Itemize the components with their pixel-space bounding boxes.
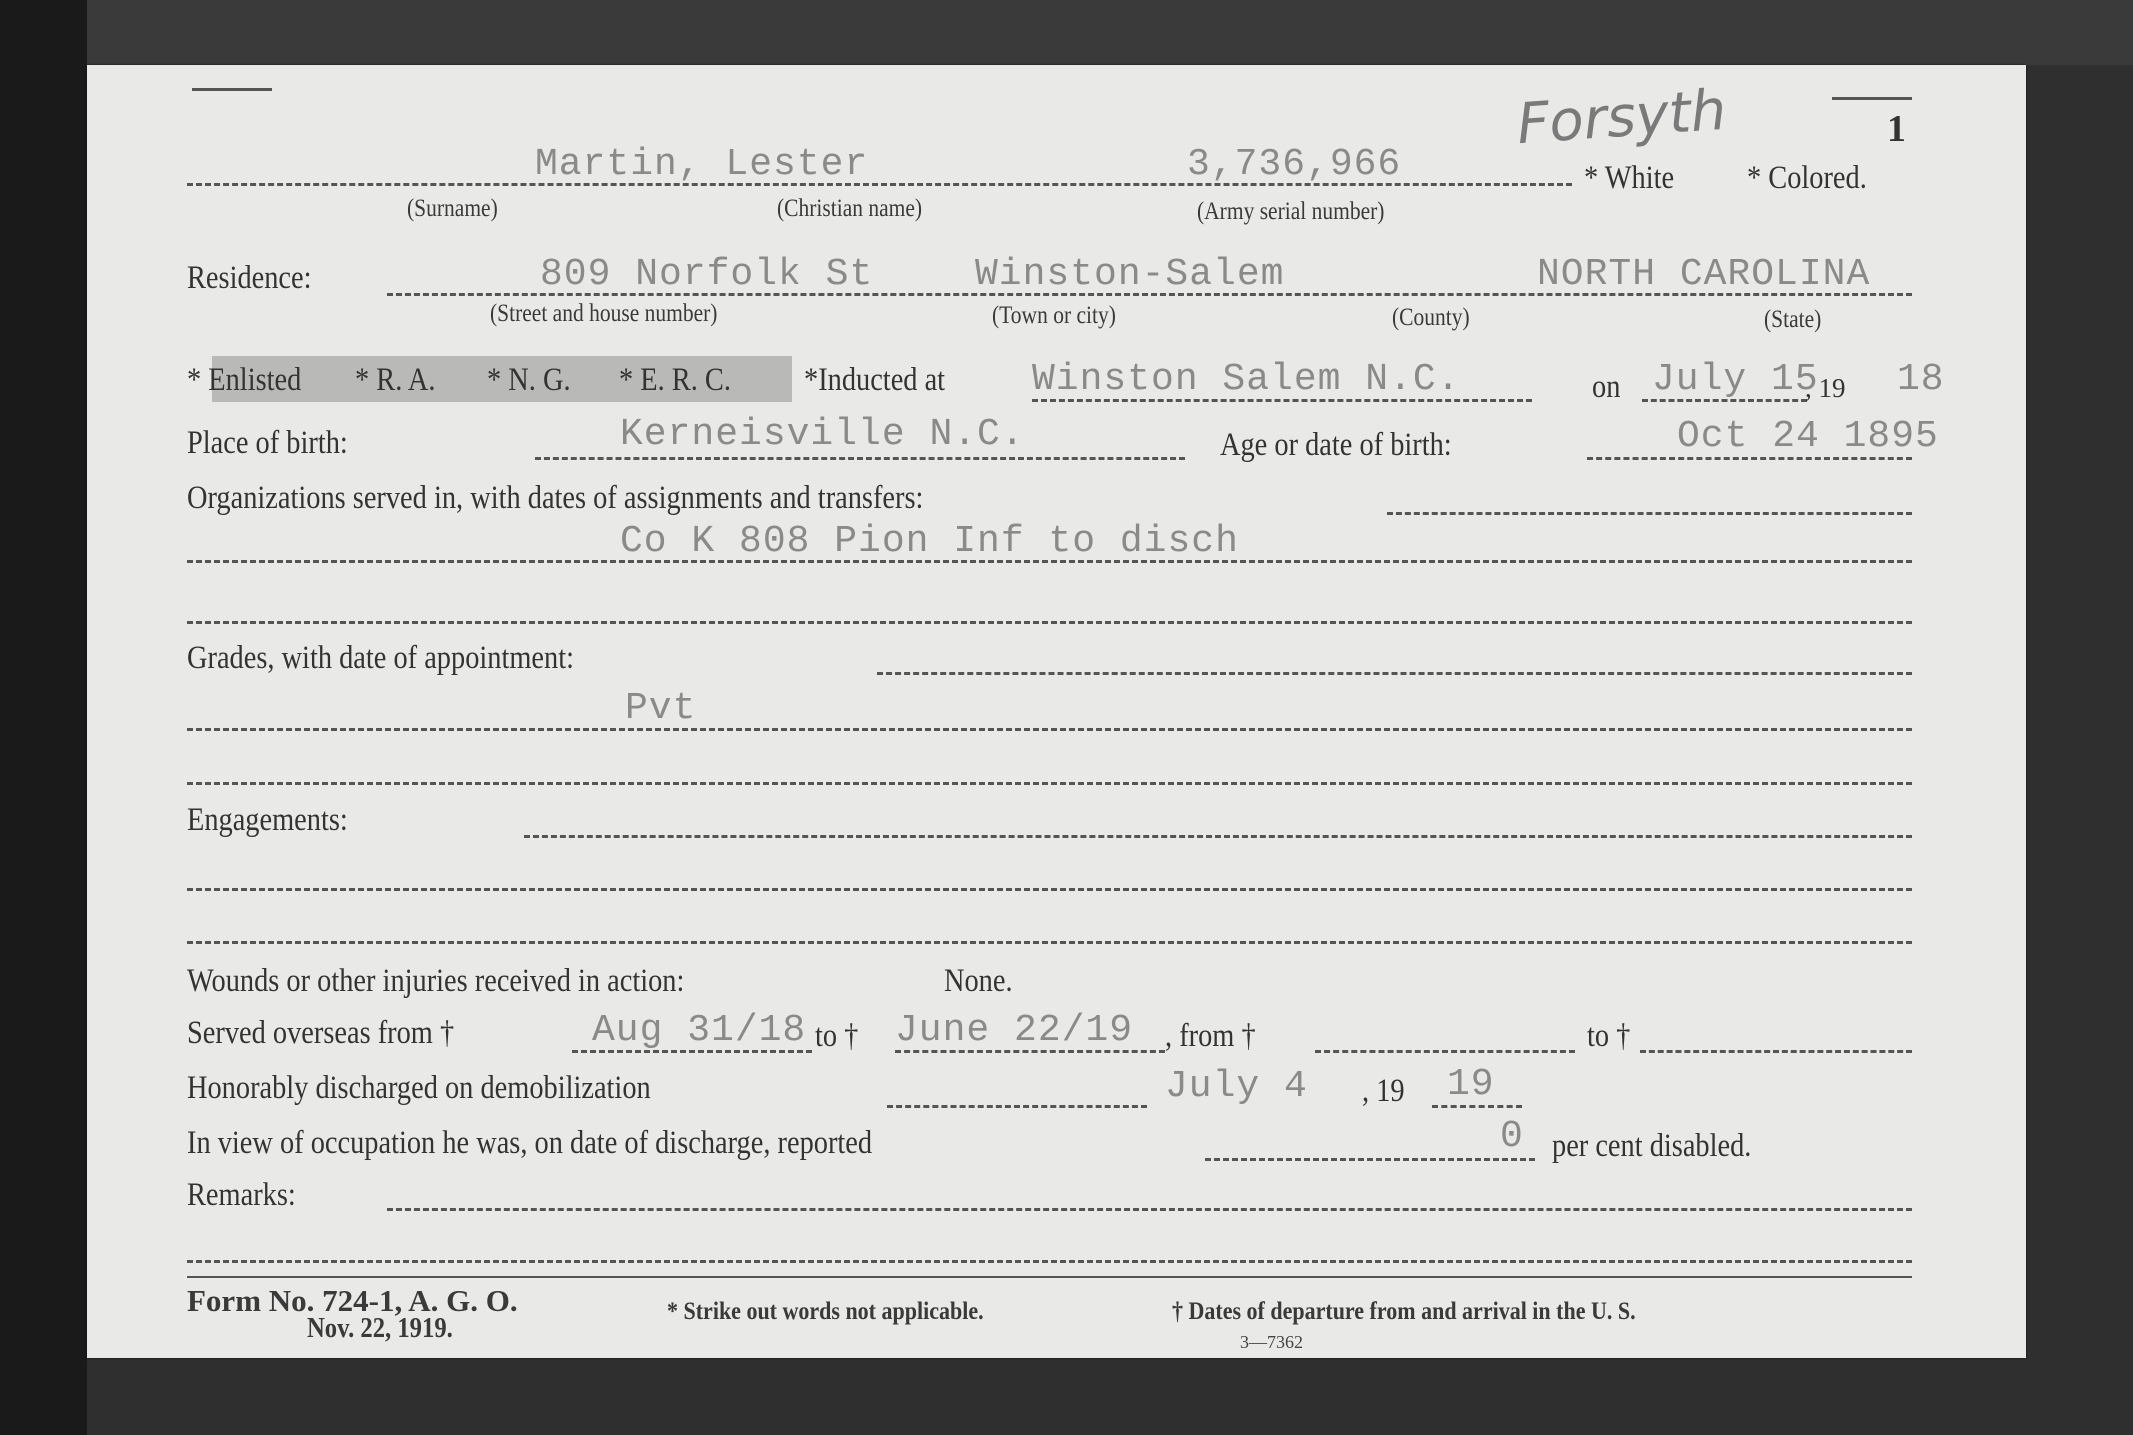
top-right-rule — [1832, 97, 1912, 100]
erc-option: * E. R. C. — [619, 362, 731, 399]
dates-note: † Dates of departure from and arrival in… — [1172, 1298, 1636, 1326]
wounds-value: None. — [944, 963, 1013, 1000]
typed-overseas-to: June 22/19 — [895, 1009, 1133, 1052]
typed-name: Martin, Lester — [535, 143, 868, 186]
typed-town: Winston-Salem — [975, 253, 1284, 296]
organizations-line-1 — [1387, 512, 1912, 515]
organizations-line-3 — [187, 621, 1912, 624]
colored-option: * Colored. — [1747, 160, 1867, 197]
town-label: (Town or city) — [992, 302, 1116, 330]
typed-induction-place: Winston Salem N.C. — [1032, 358, 1460, 401]
serial-number-label: (Army serial number) — [1197, 198, 1384, 226]
to-label-1: to † — [815, 1018, 858, 1055]
residence-label: Residence: — [187, 260, 312, 297]
engagements-line-2 — [187, 888, 1912, 891]
footer-rule — [187, 1276, 1912, 1278]
typed-overseas-from: Aug 31/18 — [592, 1009, 806, 1052]
service-record-card: 1 Forsyth Martin, Lester 3,736,966 * Whi… — [87, 65, 2026, 1358]
from-label-2: , from † — [1165, 1018, 1256, 1055]
street-label: (Street and house number) — [490, 300, 717, 328]
disability-label: In view of occupation he was, on date of… — [187, 1125, 872, 1162]
discharge-year-prefix: , 19 — [1362, 1073, 1405, 1110]
enlisted-option: * Enlisted — [187, 362, 301, 399]
grades-line-2 — [187, 728, 1912, 731]
county-handwritten: Forsyth — [1515, 78, 1728, 157]
typed-grade: Pvt — [625, 687, 696, 730]
overseas-from-line-2 — [1315, 1050, 1575, 1053]
disability-percent-line — [1205, 1158, 1535, 1161]
typed-induction-date: July 15 — [1652, 358, 1819, 401]
organizations-label: Organizations served in, with dates of a… — [187, 480, 923, 517]
regular-army-option: * R. A. — [355, 362, 435, 399]
engagements-line-1 — [524, 835, 1912, 838]
typed-street: 809 Norfolk St — [540, 253, 873, 296]
form-date: Nov. 22, 1919. — [307, 1313, 453, 1345]
state-label: (State) — [1764, 306, 1821, 334]
served-overseas-label: Served overseas from † — [187, 1015, 454, 1052]
discharge-date-line — [887, 1105, 1147, 1108]
typed-state: NORTH CAROLINA — [1537, 253, 1870, 296]
surname-label: (Surname) — [407, 195, 498, 223]
top-left-rule — [192, 88, 272, 91]
scanner-background-top — [87, 0, 2133, 65]
to-label-2: to † — [1587, 1018, 1630, 1055]
overseas-to-line-2 — [1640, 1050, 1912, 1053]
inducted-at-label: *Inducted at — [804, 362, 945, 399]
christian-name-label: (Christian name) — [777, 195, 922, 223]
scanner-background-left — [0, 0, 87, 1435]
grades-label: Grades, with date of appointment: — [187, 640, 574, 677]
wounds-label: Wounds or other injuries received in act… — [187, 963, 684, 1000]
birth-place-line — [535, 457, 1185, 460]
remarks-line-2 — [187, 1260, 1912, 1263]
discharge-label: Honorably discharged on demobilization — [187, 1070, 651, 1107]
induction-year-prefix: , 19 — [1805, 373, 1846, 404]
grades-line-1 — [877, 672, 1912, 675]
typed-discharge-year: 19 — [1447, 1063, 1495, 1106]
date-of-birth-label: Age or date of birth: — [1220, 427, 1452, 464]
remarks-line-1 — [387, 1208, 1912, 1211]
typed-serial-number: 3,736,966 — [1187, 143, 1401, 186]
strike-out-note: * Strike out words not applicable. — [667, 1298, 984, 1326]
county-label: (County) — [1392, 304, 1470, 332]
card-number: 1 — [1887, 107, 1906, 151]
white-option: * White — [1584, 160, 1674, 197]
typed-discharge-date: July 4 — [1165, 1065, 1308, 1108]
engagements-label: Engagements: — [187, 802, 348, 839]
typed-induction-year: 18 — [1897, 358, 1945, 401]
print-code: 3—7362 — [1240, 1332, 1303, 1353]
typed-organizations: Co K 808 Pion Inf to disch — [620, 520, 1239, 563]
remarks-label: Remarks: — [187, 1177, 296, 1214]
typed-disability-percent: 0 — [1500, 1115, 1524, 1158]
typed-birth-place: Kerneisville N.C. — [620, 413, 1025, 456]
on-label: on — [1592, 369, 1620, 406]
place-of-birth-label: Place of birth: — [187, 425, 348, 462]
engagements-line-3 — [187, 941, 1912, 944]
disability-suffix: per cent disabled. — [1552, 1128, 1751, 1165]
grades-line-3 — [187, 782, 1912, 785]
national-guard-option: * N. G. — [487, 362, 571, 399]
typed-birth-date: Oct 24 1895 — [1677, 415, 1939, 458]
